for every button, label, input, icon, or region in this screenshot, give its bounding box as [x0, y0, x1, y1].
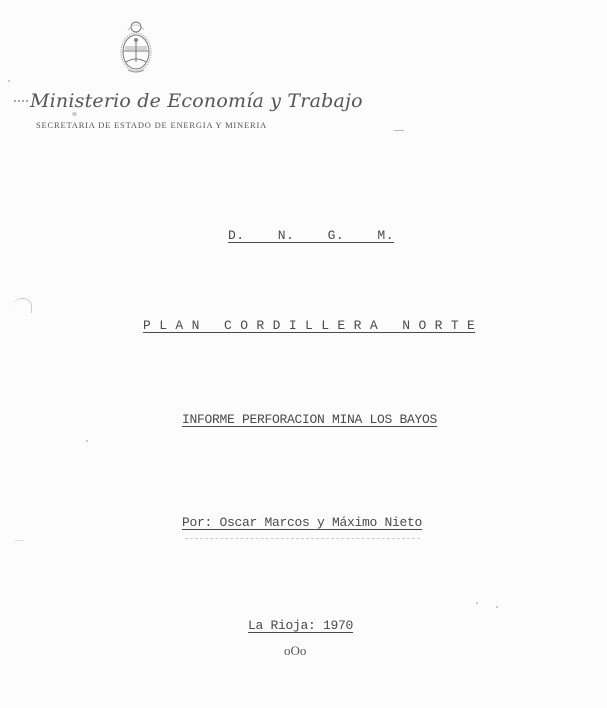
scan-speck	[86, 440, 88, 442]
scan-speck	[14, 540, 24, 541]
end-mark: oOo	[284, 643, 306, 659]
place-date: La Rioja: 1970	[248, 618, 353, 633]
authors-line: Por: Oscar Marcos y Máximo Nieto	[182, 515, 422, 530]
ministry-name: Ministerio de Economía y Trabajo	[30, 90, 363, 112]
document-page: Ministerio de Economía y Trabajo SECRETA…	[0, 0, 607, 708]
scan-mark	[394, 130, 404, 131]
secretaria-name: SECRETARIA DE ESTADO DE ENERGIA Y MINERI…	[36, 120, 267, 130]
punch-hole-mark	[13, 298, 32, 313]
agency-acronym: D. N. G. M.	[228, 228, 394, 243]
scan-speck	[476, 602, 478, 604]
scan-speck	[8, 80, 10, 82]
report-title: INFORME PERFORACION MINA LOS BAYOS	[182, 412, 437, 427]
scan-speck	[496, 606, 498, 608]
plan-title: P L A N C O R D I L L E R A N O R T E	[143, 318, 475, 333]
scan-speck	[72, 112, 77, 116]
coat-of-arms-icon	[118, 16, 154, 78]
dotted-rule	[185, 538, 420, 539]
leader-dots	[14, 100, 28, 104]
